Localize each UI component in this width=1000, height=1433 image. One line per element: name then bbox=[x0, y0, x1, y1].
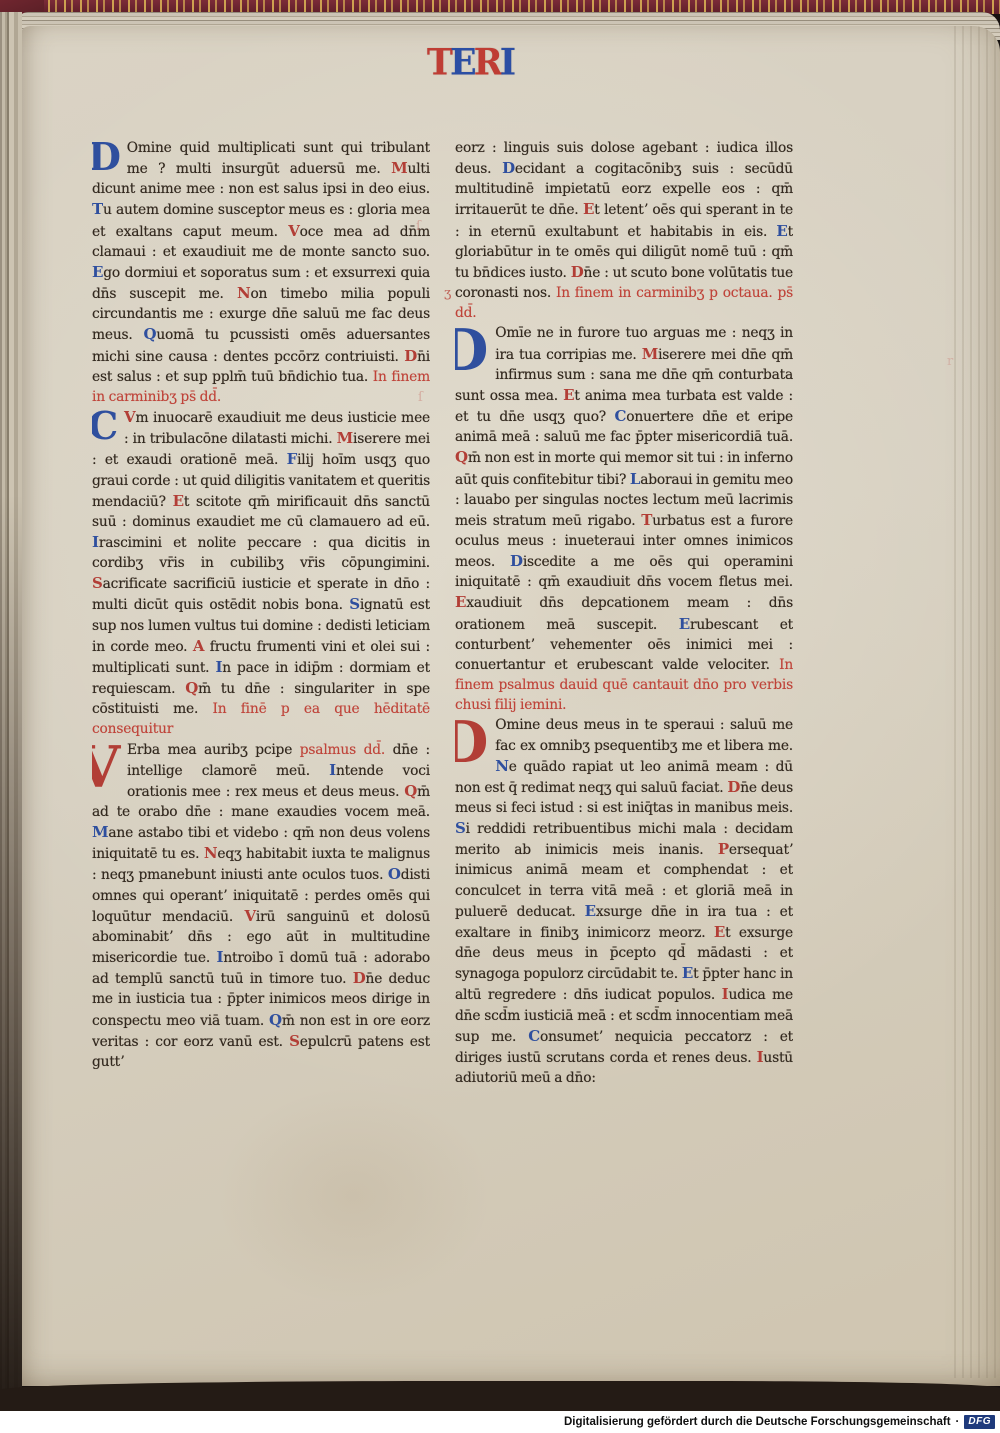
running-title-letter: I bbox=[500, 41, 513, 84]
verse-initial: E bbox=[776, 222, 787, 240]
verse-initial: D bbox=[502, 159, 515, 177]
verse-initial: M bbox=[391, 159, 407, 177]
running-title: TERI bbox=[360, 42, 580, 88]
dfg-logo: DFG bbox=[964, 1415, 995, 1429]
verse-initial: A bbox=[193, 637, 204, 655]
verse-initial: Q bbox=[455, 448, 468, 466]
verse-initial: N bbox=[204, 844, 218, 862]
illuminated-initial: C bbox=[92, 407, 124, 447]
verse-initial: D bbox=[404, 347, 417, 365]
verse-initial: V bbox=[288, 222, 299, 240]
verse-text: Omine quid multiplicati sunt qui tribula… bbox=[127, 140, 430, 177]
illuminated-initial: D bbox=[92, 138, 127, 178]
verse-initial: I bbox=[92, 533, 99, 551]
psalm-block: DOmīe ne in furore tuo arguas me : neqʒ … bbox=[455, 323, 793, 715]
verse-initial: I bbox=[722, 985, 729, 1003]
psalm-block: CVm inuocarē exaudiuit me deus iusticie … bbox=[92, 407, 430, 740]
rubric-text: psalmus dd̄. bbox=[300, 742, 385, 758]
psalm-block: DOmine deus meus in te speraui : saluū m… bbox=[455, 715, 793, 1088]
verse-initial: L bbox=[630, 470, 640, 488]
verse-initial: M bbox=[642, 345, 658, 363]
running-title-letter: T bbox=[427, 41, 450, 84]
verse-text: Omine deus meus in te speraui : saluū me… bbox=[495, 717, 793, 753]
illuminated-initial: V bbox=[92, 740, 127, 800]
book-bottom-edge bbox=[0, 1381, 1000, 1412]
verse-initial: E bbox=[563, 386, 574, 404]
text-column-right: eorz : linguis suis dolose agebant : iud… bbox=[455, 138, 793, 1124]
verse-initial: E bbox=[682, 964, 693, 982]
illuminated-initial: D bbox=[455, 715, 495, 775]
verse-initial: F bbox=[287, 450, 297, 468]
verse-initial: P bbox=[718, 840, 729, 858]
verse-initial: D bbox=[571, 263, 584, 281]
verse-initial: E bbox=[679, 615, 690, 633]
running-title-letter: E bbox=[450, 41, 474, 84]
illuminated-initial: D bbox=[455, 323, 495, 383]
verse-initial: I bbox=[329, 761, 336, 779]
credit-separator: · bbox=[956, 1416, 960, 1428]
verse-initial: E bbox=[92, 263, 103, 281]
verse-initial: D bbox=[353, 969, 366, 987]
verse-initial: Q bbox=[185, 679, 198, 697]
running-title-letter: R bbox=[474, 41, 500, 84]
verse-initial: V bbox=[244, 907, 255, 925]
verse-initial: C bbox=[528, 1027, 540, 1045]
page-stack-right-edges bbox=[954, 26, 1000, 1378]
verse-text: rascimini et nolite peccare : qua diciti… bbox=[92, 535, 430, 571]
psalm-block: VErba mea auribʒ pcipe psalmus dd̄. dn̄e… bbox=[92, 740, 430, 1073]
psalm-block: eorz : linguis suis dolose agebant : iud… bbox=[455, 138, 793, 323]
verse-initial: T bbox=[92, 200, 103, 218]
verse-initial: D bbox=[727, 778, 740, 796]
psalm-block: DOmine quid multiplicati sunt qui tribul… bbox=[92, 138, 430, 407]
verse-initial: M bbox=[337, 429, 353, 447]
verse-initial: E bbox=[585, 902, 596, 920]
verse-initial: E bbox=[173, 492, 184, 510]
credit-text: Digitalisierung gefördert durch die Deut… bbox=[564, 1416, 951, 1428]
verse-initial: C bbox=[615, 407, 627, 425]
verse-initial: E bbox=[455, 593, 466, 611]
verse-initial: E bbox=[714, 923, 725, 941]
text-column-left: DOmine quid multiplicati sunt qui tribul… bbox=[92, 138, 430, 1124]
verse-initial: S bbox=[455, 819, 466, 837]
verse-initial: S bbox=[289, 1032, 300, 1050]
verse-initial: Q bbox=[404, 782, 417, 800]
verse-initial: Q bbox=[269, 1011, 282, 1029]
digitization-credit-bar: Digitalisierung gefördert durch die Deut… bbox=[0, 1411, 1000, 1433]
verse-initial: D bbox=[510, 552, 523, 570]
verse-initial: M bbox=[92, 823, 108, 841]
verse-initial: O bbox=[388, 865, 401, 883]
verse-initial: E bbox=[583, 200, 594, 218]
verse-text: Erba mea auribʒ pcipe bbox=[127, 742, 300, 758]
page-stack-left-edges bbox=[0, 12, 22, 1390]
verse-initial: V bbox=[124, 408, 135, 426]
verse-initial: N bbox=[495, 757, 509, 775]
verse-initial: S bbox=[349, 595, 360, 613]
verse-initial: S bbox=[92, 574, 103, 592]
verse-initial: T bbox=[641, 511, 652, 529]
verse-initial: N bbox=[237, 284, 251, 302]
verse-initial: Q bbox=[143, 325, 156, 343]
